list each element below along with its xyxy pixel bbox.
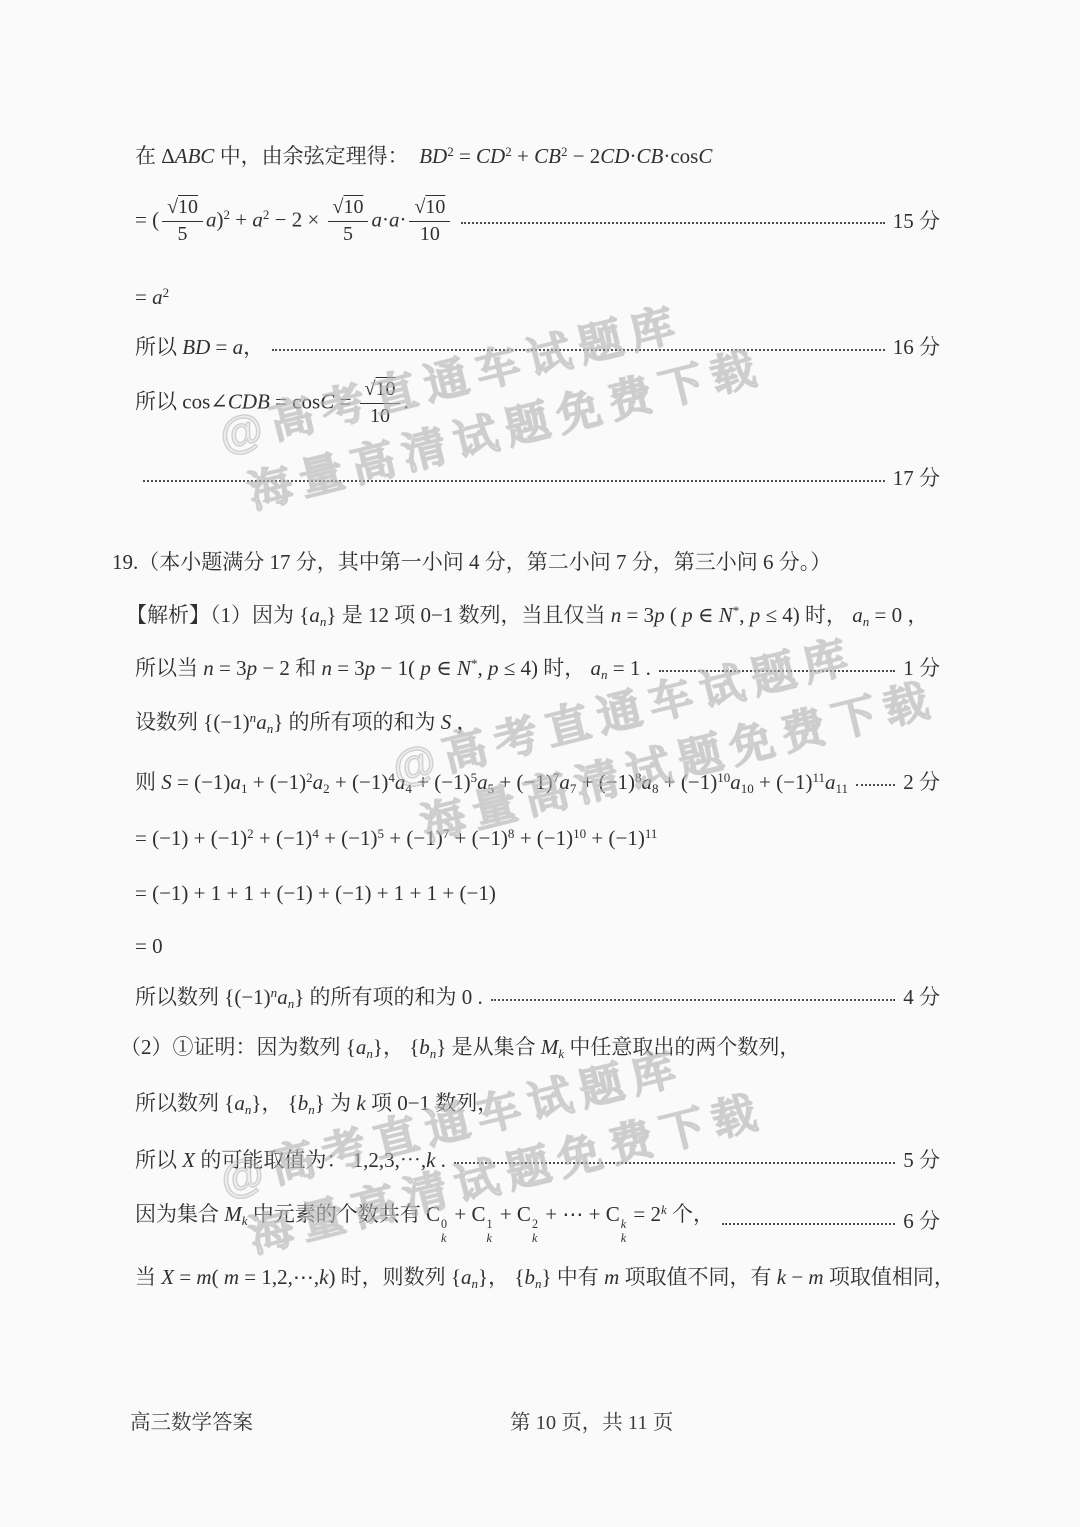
line-sum-conclusion: 所以数列 {(−1)nan} 的所有项的和为 0 .4 分 xyxy=(135,982,940,1014)
line-x-values: 所以 X 的可能取值为： 1,2,3,⋯,k .5 分 xyxy=(135,1145,940,1177)
math-text: 所以 X 的可能取值为： 1,2,3,⋯,k . xyxy=(135,1145,446,1177)
line-a-squared: = a2 xyxy=(135,282,169,314)
score-label: 1 分 xyxy=(903,653,940,685)
line-k-sequence: 所以数列 {an}， {bn} 为 k 项 0−1 数列， xyxy=(135,1088,498,1120)
line-mk-count: 因为集合 Mk 中元素的个数共有 C0k + C1k + C2k + ⋯ + C… xyxy=(135,1199,940,1245)
line-define-s: 设数列 {(−1)nan} 的所有项的和为 S ， xyxy=(135,707,478,739)
math-text: 设数列 {(−1)nan} 的所有项的和为 S ， xyxy=(135,707,478,739)
watermark-line1: @高考直通车试题库 xyxy=(213,276,756,468)
math-text: （2）①证明：因为数列 {an}， {bn} 是从集合 Mk 中任意取出的两个数… xyxy=(120,1032,800,1064)
math-text: 因为集合 Mk 中元素的个数共有 C0k + C1k + C2k + ⋯ + C… xyxy=(135,1199,714,1245)
math-text: = (−1) + 1 + 1 + (−1) + (−1) + 1 + 1 + (… xyxy=(135,878,496,910)
math-text: 所以当 n = 3p − 2 和 n = 3p − 1( p ∈ N*, p ≤… xyxy=(135,653,651,685)
score-label: 4 分 xyxy=(903,982,940,1014)
score-label: 5 分 xyxy=(903,1145,940,1177)
score-label: 15 分 xyxy=(893,206,940,238)
line-an-equals-1: 所以当 n = 3p − 2 和 n = 3p − 1( p ∈ N*, p ≤… xyxy=(135,653,940,685)
math-text: 所以 BD = a， xyxy=(135,332,264,364)
footer-doc-title: 高三数学答案 xyxy=(130,1405,253,1435)
score-label: 17 分 xyxy=(893,463,940,495)
line-cos-cdb: 所以 cos∠CDB = cosC = √1010. xyxy=(135,378,409,429)
dotted-leader xyxy=(454,1162,895,1164)
math-text: = (√105a)2 + a2 − 2 × √105a·a·√1010 xyxy=(135,196,453,247)
line-cosine-rule: 在 ΔABC 中，由余弦定理得： BD2 = CD2 + CB2 − 2CD·C… xyxy=(135,141,712,173)
line-s-simplified: = (−1) + 1 + 1 + (−1) + (−1) + 1 + 1 + (… xyxy=(135,878,496,910)
footer-page-number: 第 10 页，共 11 页 xyxy=(510,1405,673,1435)
dotted-leader xyxy=(722,1223,895,1225)
watermark-line2: 海量高清试题免费下载 xyxy=(242,337,771,526)
line-expansion: = (√105a)2 + a2 − 2 × √105a·a·√101015 分 xyxy=(135,196,940,247)
score-label: 16 分 xyxy=(893,332,940,364)
dotted-leader xyxy=(659,670,895,672)
dotted-leader xyxy=(491,999,895,1001)
math-text: 所以数列 {an}， {bn} 为 k 项 0−1 数列， xyxy=(135,1088,498,1120)
dotted-leader xyxy=(461,222,884,224)
line-s-expansion: 则 S = (−1)a1 + (−1)2a2 + (−1)4a4 + (−1)5… xyxy=(135,767,940,799)
score-label: 6 分 xyxy=(903,1206,940,1238)
math-text: 所以数列 {(−1)nan} 的所有项的和为 0 . xyxy=(135,982,483,1014)
line-q19-header: 19.（本小题满分 17 分，其中第一小问 4 分，第二小问 7 分，第三小问 … xyxy=(112,547,831,579)
math-text: 19.（本小题满分 17 分，其中第一小问 4 分，第二小问 7 分，第三小问 … xyxy=(112,547,831,579)
math-text: 则 S = (−1)a1 + (−1)2a2 + (−1)4a4 + (−1)5… xyxy=(135,767,848,799)
math-text: 【解析】（1）因为 {an} 是 12 项 0−1 数列，当且仅当 n = 3p… xyxy=(126,600,928,632)
line-part2-proof: （2）①证明：因为数列 {an}， {bn} 是从集合 Mk 中任意取出的两个数… xyxy=(120,1032,800,1064)
line-bd-equals-a: 所以 BD = a，16 分 xyxy=(135,332,940,364)
line-final-dots: 17 分 xyxy=(135,463,940,495)
score-label: 2 分 xyxy=(903,767,940,799)
line-s-zero: = 0 xyxy=(135,931,163,963)
line-x-equals-m: 当 X = m( m = 1,2,⋯,k) 时，则数列 {an}， {bn} 中… xyxy=(135,1262,955,1294)
page-footer: 高三数学答案 第 10 页，共 11 页 xyxy=(0,1405,1080,1439)
dotted-leader xyxy=(143,480,885,482)
math-text: 在 ΔABC 中，由余弦定理得： BD2 = CD2 + CB2 − 2CD·C… xyxy=(135,141,712,173)
answer-sheet-page: @高考直通车试题库海量高清试题免费下载@高考直通车试题库海量高清试题免费下载@高… xyxy=(0,0,1080,1527)
math-text: = 0 xyxy=(135,931,163,963)
dotted-leader xyxy=(272,349,885,351)
line-analysis-part1: 【解析】（1）因为 {an} 是 12 项 0−1 数列，当且仅当 n = 3p… xyxy=(126,600,928,632)
line-s-powers: = (−1) + (−1)2 + (−1)4 + (−1)5 + (−1)7 +… xyxy=(135,823,657,855)
math-text: = a2 xyxy=(135,282,169,314)
dotted-leader xyxy=(856,784,895,786)
math-text: = (−1) + (−1)2 + (−1)4 + (−1)5 + (−1)7 +… xyxy=(135,823,657,855)
math-text: 当 X = m( m = 1,2,⋯,k) 时，则数列 {an}， {bn} 中… xyxy=(135,1262,955,1294)
math-text: 所以 cos∠CDB = cosC = √1010. xyxy=(135,378,409,429)
